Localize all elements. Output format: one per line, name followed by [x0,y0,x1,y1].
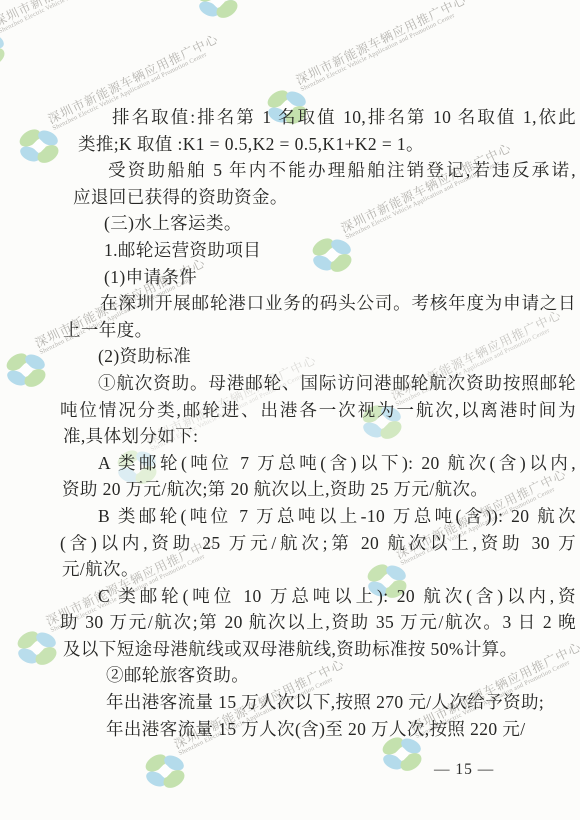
text-line-16: B 类邮轮(吨位 7 万总吨以上-10 万总吨(含)): 20 航次 [62,503,576,530]
text-line-3: 受资助船舶 5 年内不能办理船舶注销登记,若违反承诺, [72,157,576,184]
watermark-text: 深圳市新能源车辆应用推广中心Shenzhen Electric Vehicle … [0,0,217,36]
watermark-en-text: Shenzhen Electric Vehicle Application an… [300,0,519,94]
text-line-24: 年出港客流量 15 万人次(含)至 20 万人次,按照 220 元/ [70,716,576,743]
text-line-11: ①航次资助。母港邮轮、国际访问港邮轮航次资助按照邮轮 [62,370,576,397]
text-line-22: ②邮轮旅客资助。 [70,662,576,689]
text-line-21: 及以下短途母港航线或双母港航线,资助标准按 50%计算。 [63,636,576,663]
text-line-12: 吨位情况分类,邮轮进、出港各一次视为一航次,以离港时间为 [60,397,576,424]
pinwheel-logo-icon [195,0,241,20]
text-line-8: 在深圳开展邮轮港口业务的码头公司。考核年度为申请之日 [64,290,576,317]
text-line-17: (含)以内,资助 25 万元/航次;第 20 航次以上,资助 30 万 [60,530,576,557]
text-line-18: 元/航次。 [62,556,576,583]
document-page: 深圳市新能源车辆应用推广中心Shenzhen Electric Vehicle … [0,0,580,820]
text-line-9: 上一年度。 [63,317,576,344]
watermark-text: 深圳市新能源车辆应用推广中心Shenzhen Electric Vehicle … [294,0,518,94]
text-line-2: 类推;K 取值 :K1 = 0.5,K2 = 0.5,K1+K2 = 1。 [78,131,576,158]
text-line-15: 资助 20 万元/航次;第 20 航次以上,资助 25 万元/航次。 [62,476,576,503]
text-line-20: 助 30 万元/航次;第 20 航次以上,资助 35 万元/航次。3 日 2 晚 [60,609,576,636]
text-line-10: (2)资助标准 [62,343,576,370]
text-line-19: C 类邮轮(吨位 10 万总吨以上): 20 航次(含)以内,资 [62,583,576,610]
text-line-13: 准,具体划分如下: [63,423,576,450]
text-line-7: (1)申请条件 [68,264,576,291]
text-line-5: (三)水上客运类。 [68,210,576,237]
text-line-1: 排名取值:排名第 1 名取值 10,排名第 10 名取值 1,依此 [76,104,576,131]
text-line-4: 应退回已获得的资助资金。 [73,184,576,211]
page-number: — 15 — [434,761,494,779]
text-line-23: 年出港客流量 15 万人次以下,按照 270 元/人次给予资助; [70,689,576,716]
text-line-6: 1.邮轮运营资助项目 [68,237,576,264]
document-text-block: 排名取值:排名第 1 名取值 10,排名第 10 名取值 1,依此类推;K 取值… [62,104,576,742]
text-line-14: A 类邮轮(吨位 7 万总吨(含)以下): 20 航次(含)以内, [62,450,576,477]
